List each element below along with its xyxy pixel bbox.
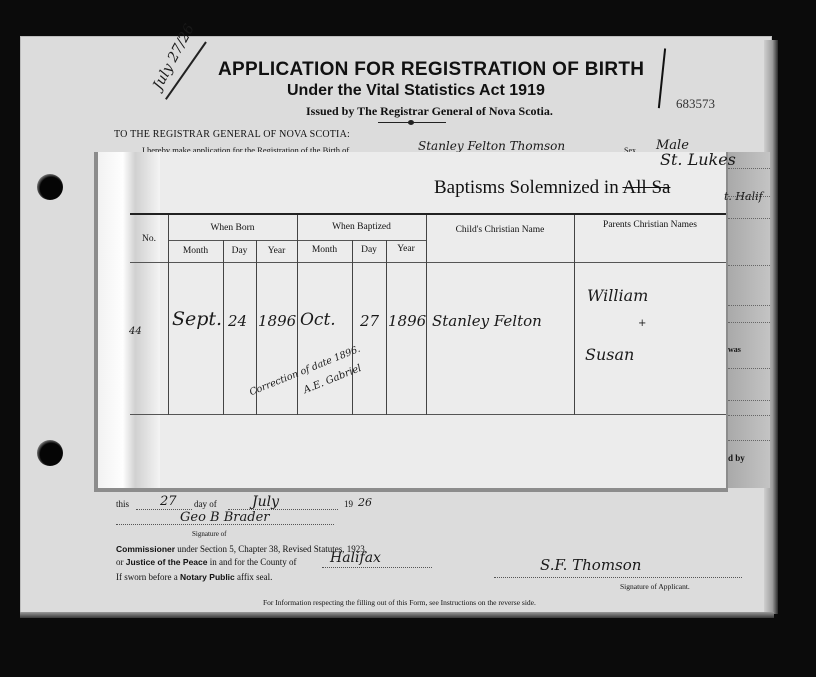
header-when-baptized: When Baptized — [297, 222, 426, 232]
day-of-label: day of — [194, 499, 217, 509]
notary-statement: If sworn before a Notary Public affix se… — [116, 572, 272, 582]
header-when-born: When Born — [168, 223, 297, 233]
underlying-dotted-line — [728, 218, 770, 219]
notary-bold: Notary Public — [180, 572, 235, 582]
commissioner-bold: Commissioner — [116, 544, 175, 554]
underlying-dotted-line — [728, 400, 770, 401]
underlying-dotted-line — [728, 322, 770, 323]
col-divider — [574, 215, 575, 415]
underlying-dotted-line — [728, 265, 770, 266]
table-top-rule — [130, 213, 726, 215]
entry-born-year: 1896 — [258, 312, 296, 330]
underlying-dotted-line — [728, 368, 770, 369]
commissioner-signature: Geo B Brader — [180, 510, 269, 525]
page-bottom-edge — [20, 612, 774, 618]
struck-church-name: All Sa — [622, 177, 670, 198]
table-bottom-rule — [130, 414, 726, 415]
col-divider — [386, 240, 387, 415]
entry-baptized-year: 1896 — [388, 312, 426, 330]
year-value: 26 — [358, 496, 372, 509]
header-born-year: Year — [256, 246, 297, 256]
jp-prefix: or — [116, 557, 124, 567]
entry-number: 44 — [129, 326, 142, 337]
jp-bold: Justice of the Peace — [126, 557, 208, 567]
registration-number: 683573 — [676, 96, 715, 112]
header-baptized-month: Month — [297, 245, 352, 255]
notary-prefix: If sworn before a — [116, 572, 178, 582]
justice-statement: or Justice of the Peace in and for the C… — [116, 557, 296, 567]
tape-strip — [98, 152, 160, 488]
entry-born-month: Sept. — [172, 308, 222, 330]
header-bottom-rule — [130, 262, 726, 263]
applicant-signature-line — [494, 577, 742, 578]
header-baptized-year: Year — [386, 244, 426, 254]
underlying-text-was: was — [728, 345, 741, 354]
punch-hole-top — [37, 174, 63, 200]
col-divider — [223, 240, 224, 415]
underlying-dotted-line — [728, 440, 770, 441]
header-parents: Parents Christian Names — [600, 220, 700, 230]
year-prefix: 19 — [344, 499, 353, 509]
col-divider — [352, 240, 353, 415]
punch-hole-bottom — [37, 440, 63, 466]
baptisms-title-prefix: Baptisms Solemnized in — [434, 177, 619, 198]
applicant-signature-label: Signature of Applicant. — [620, 582, 690, 591]
form-issuer: Issued by The Registrar General of Nova … — [306, 104, 553, 119]
underlying-dotted-line — [728, 415, 770, 416]
church-correction: St. Lukes — [660, 150, 736, 169]
baptisms-title: Baptisms Solemnized in All Sa — [434, 177, 670, 199]
child-full-name: Stanley Felton Thomson — [418, 139, 565, 153]
notary-rest: affix seal. — [237, 572, 272, 582]
entry-baptized-day: 27 — [360, 312, 379, 330]
header-born-month: Month — [168, 246, 223, 256]
form-subtitle: Under the Vital Statistics Act 1919 — [287, 82, 545, 100]
this-label: this — [116, 499, 129, 509]
month-value: July — [252, 494, 279, 510]
entry-parent-1: William — [587, 286, 648, 305]
day-value: 27 — [160, 494, 177, 509]
form-title: APPLICATION FOR REGISTRATION OF BIRTH — [218, 59, 644, 81]
ornament-dot — [408, 120, 414, 125]
signature-of-label: Signature of — [192, 530, 226, 538]
location-note: t. Halif — [724, 190, 763, 203]
entry-born-day: 24 — [228, 312, 247, 330]
applicant-signature: S.F. Thomson — [540, 556, 641, 574]
col-divider — [168, 215, 169, 415]
entry-baptized-month: Oct. — [300, 310, 336, 330]
county-value: Halifax — [330, 550, 381, 566]
county-dotted-line — [322, 567, 432, 568]
underlying-dotted-line — [728, 305, 770, 306]
jp-rest: in and for the County of — [210, 557, 297, 567]
entry-parent-2: Susan — [585, 345, 634, 364]
header-baptized-day: Day — [352, 245, 386, 255]
underlying-text-by: d by — [728, 453, 745, 463]
header-born-day: Day — [223, 246, 256, 256]
info-instructions: For Information respecting the filling o… — [263, 598, 536, 607]
entry-child-name: Stanley Felton — [432, 312, 542, 330]
entry-parent-join: + — [638, 318, 646, 329]
addressee-line: TO THE REGISTRAR GENERAL OF NOVA SCOTIA: — [114, 129, 350, 140]
header-no: No. — [130, 234, 168, 244]
header-child-name: Child's Christian Name — [455, 225, 545, 235]
